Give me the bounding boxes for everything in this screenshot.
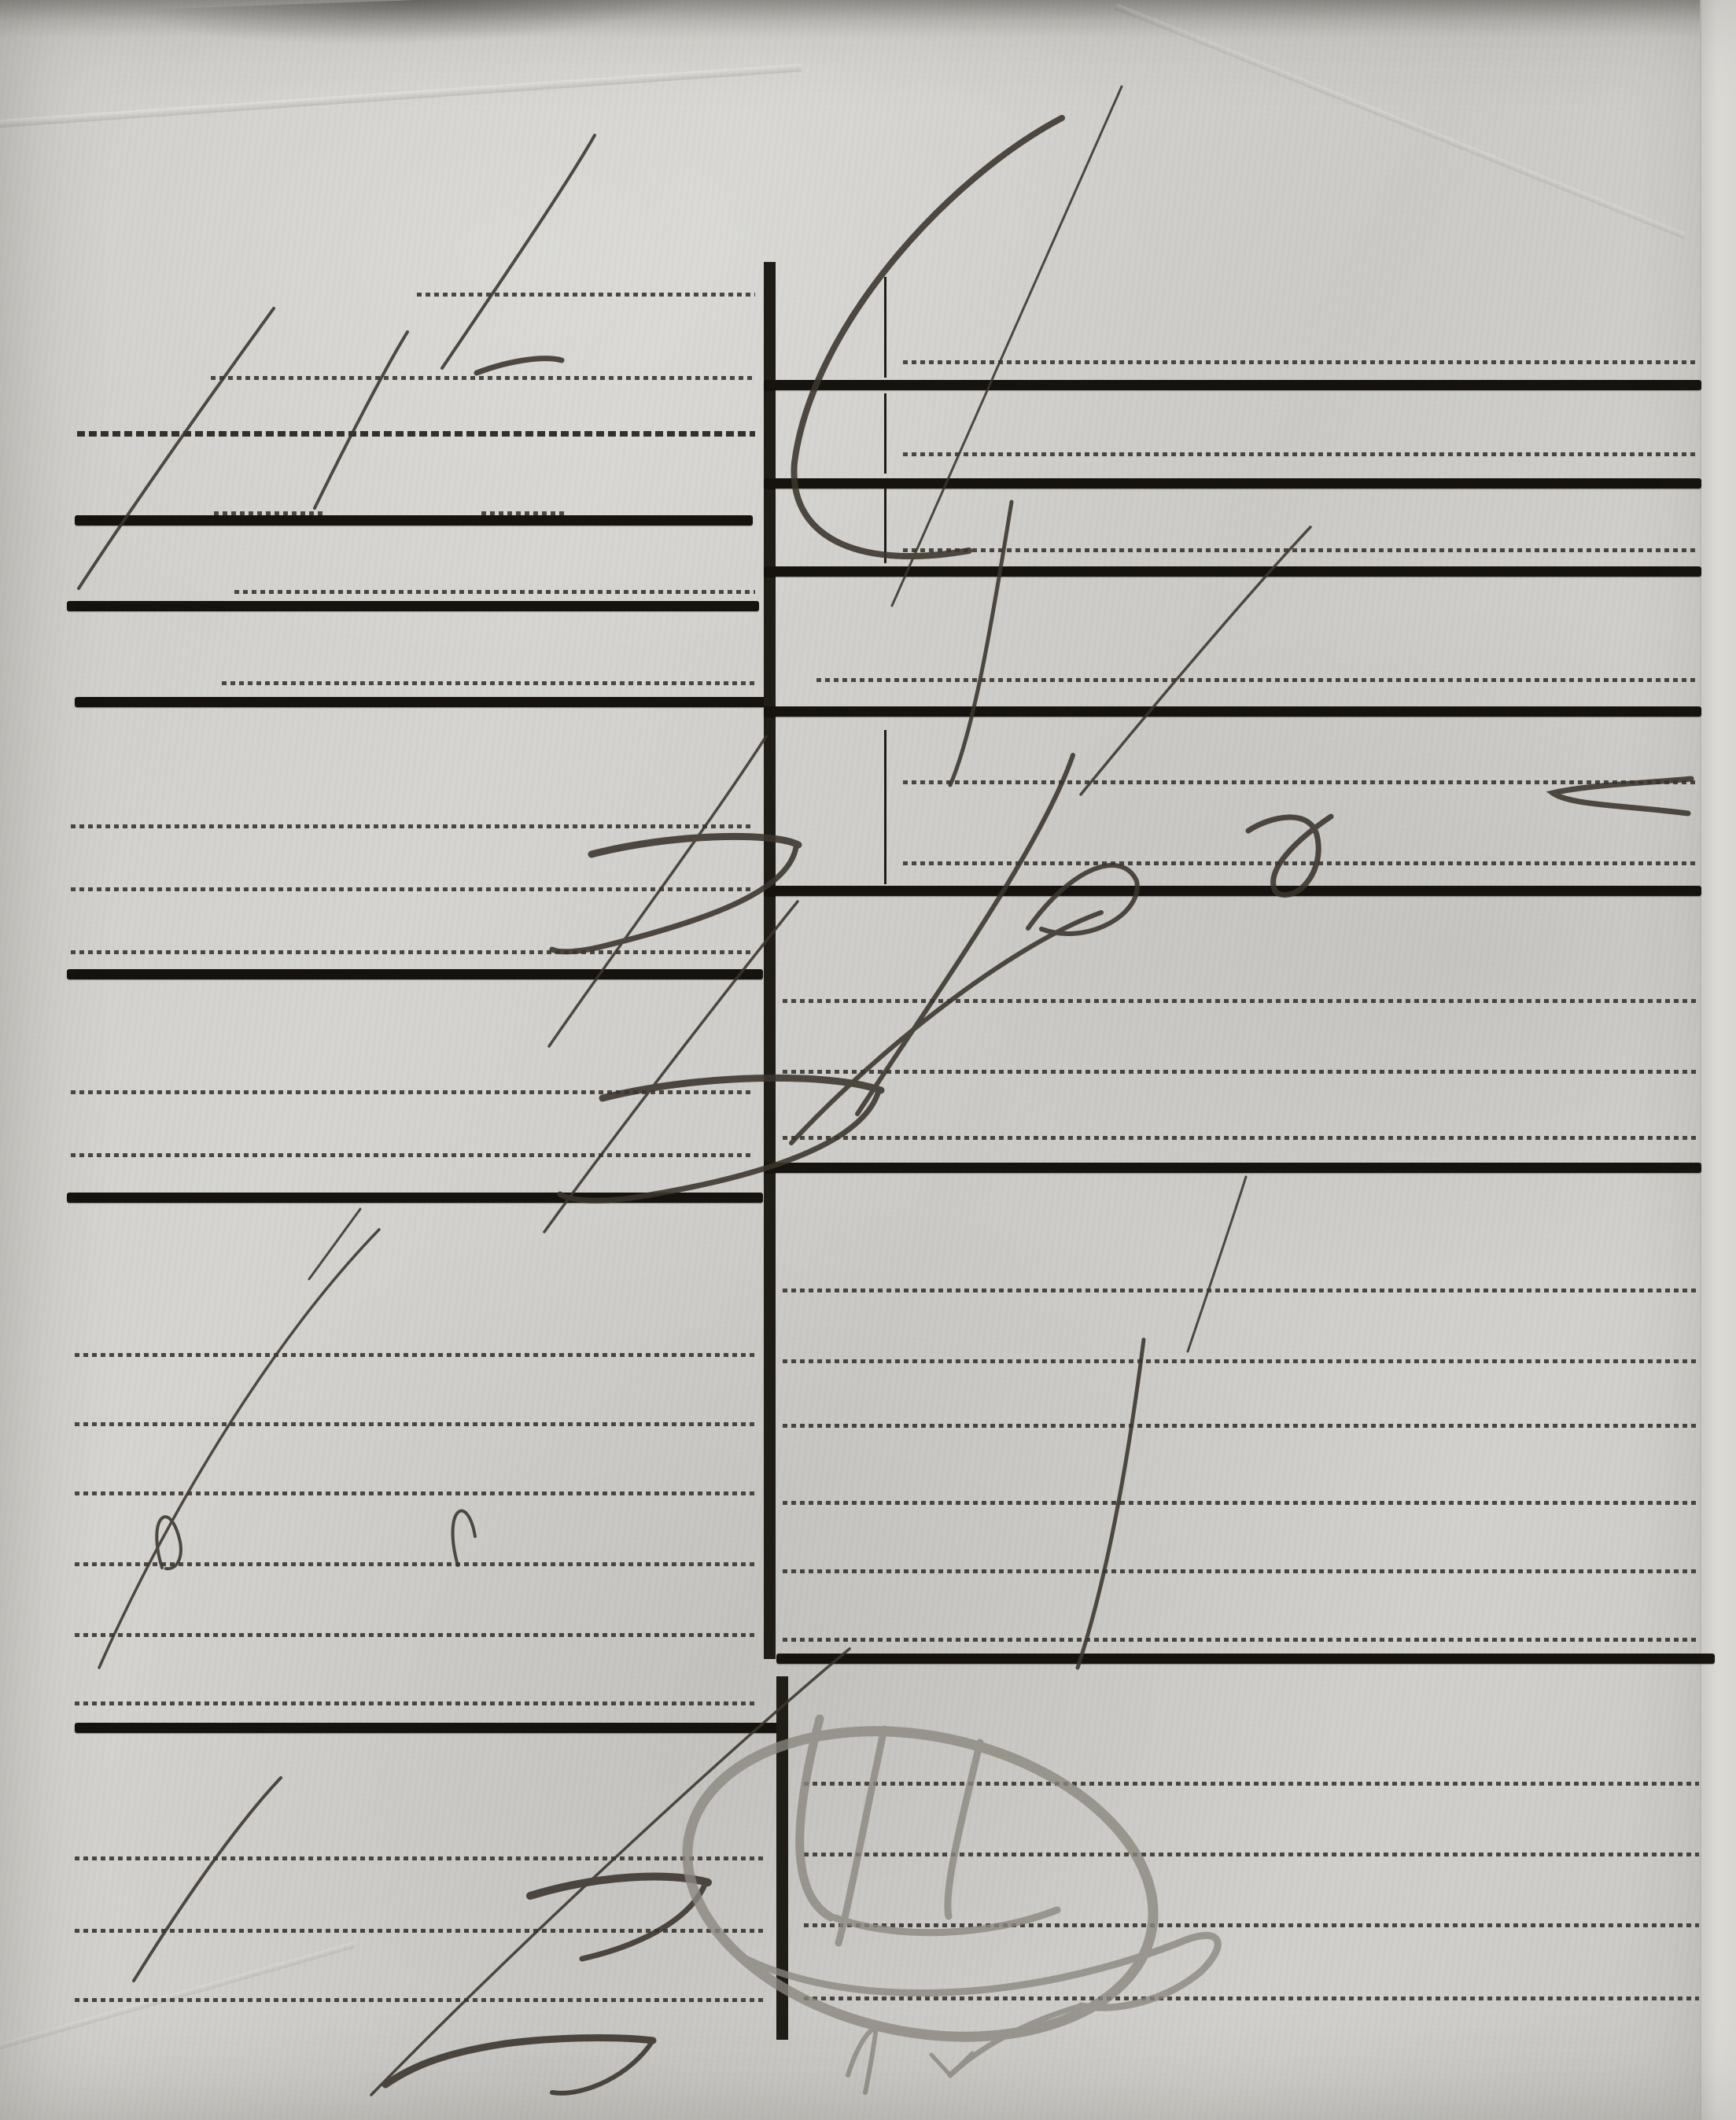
section-rule [67,1193,763,1203]
section-rule [764,1163,1701,1173]
column-divider [764,262,776,1659]
dotted-line [903,360,1697,364]
registration-card [0,0,1736,2120]
dotted-line [783,1501,1699,1505]
dotted-line [804,1923,1699,1927]
section-rule [75,1723,787,1733]
dotted-line [75,1998,763,2002]
dotted-line [75,1491,755,1495]
column-divider-lower [776,1676,788,2040]
flourish-strokes [0,0,1736,2120]
dotted-line [75,1562,755,1566]
dotted-line [903,780,1697,784]
section-rule [75,697,771,707]
label-rule [884,277,886,378]
section-rule [75,515,753,525]
dotted-line [783,1070,1699,1074]
dotted-line [783,1424,1699,1428]
dotted-line [816,678,1697,682]
section-rule [764,380,1701,390]
section-rule [764,478,1701,489]
dotted-line [903,548,1697,552]
paper-crease-topleft [0,64,802,130]
dotted-line [211,376,755,380]
paper-top-shadow [0,0,1736,38]
ruled-line [77,431,755,437]
dotted-line [75,1929,763,1933]
dotted-line [783,1136,1699,1140]
dotted-line [783,1638,1699,1642]
dotted-line [417,293,755,297]
dotted-line [71,1153,754,1157]
dotted-line [903,452,1697,456]
dotted-line [783,1569,1699,1573]
dotted-line [804,1782,1699,1786]
dotted-line [234,590,755,594]
dotted-line [804,1853,1699,1856]
dotted-line [783,999,1699,1003]
section-rule [764,886,1701,896]
section-rule [67,601,759,611]
paper-right-edge [1700,0,1736,2120]
dotted-line [75,1422,755,1426]
section-rule [776,1654,1715,1664]
dotted-line [75,1856,763,1860]
dotted-line [804,1996,1699,2000]
section-rule [67,969,763,979]
dotted-line [75,1702,755,1705]
label-rule [884,730,886,884]
section-rule [764,566,1701,577]
dotted-line [75,1353,755,1357]
signature-stamp [658,1690,1218,2092]
dotted-line [783,1359,1699,1363]
dotted-line [71,1090,754,1094]
dotted-line [783,1289,1699,1292]
paper-crease-topright [1115,3,1686,239]
dotted-line [71,887,754,891]
label-rule [884,488,886,563]
dotted-line [75,1633,755,1637]
dotted-line [71,950,754,954]
dotted-line [903,861,1697,865]
section-rule [764,706,1701,717]
dotted-line [222,681,755,685]
paper-fold-blotch [109,0,724,69]
dotted-line [71,824,754,828]
label-rule [884,393,886,474]
